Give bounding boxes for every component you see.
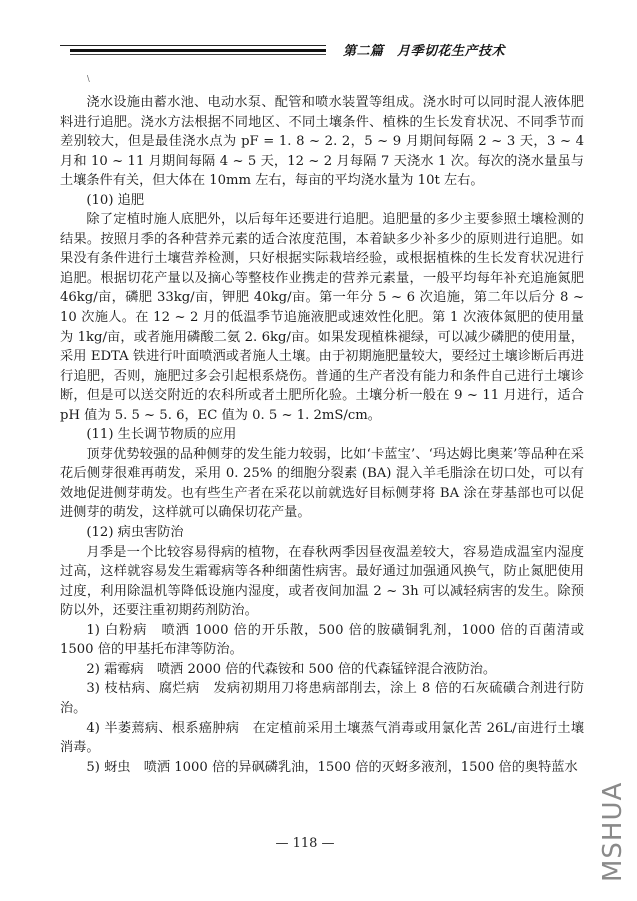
section-heading-growth-regulators: (11) 生长调节物质的应用 — [60, 425, 584, 445]
list-item-downy-mildew: 2) 霜霉病 喷洒 2000 倍的代森铵和 500 倍的代森锰锌混合液防治。 — [60, 660, 584, 680]
item-title: 4) 半萎蔫病、根系癌肿病 — [86, 721, 239, 736]
paragraph-watering: 浇水设施由蓄水池、电动水泵、配管和喷水装置等组成。浇水时可以同时混人液体肥料进行… — [60, 93, 584, 191]
header-rule-thick — [70, 49, 326, 52]
list-item-aphids: 5) 蚜虫 喷洒 1000 倍的异砜磷乳油，1500 倍的灭蚜多液剂，1500 … — [60, 758, 584, 778]
header-rule-thin-top — [60, 45, 326, 46]
item-title: 2) 霜霉病 — [86, 662, 143, 677]
paragraph-pest-control: 月季是一个比较容易得病的植物，在春秋两季因昼夜温差较大，容易造成温室内湿度过高，… — [60, 543, 584, 621]
item-title: 1) 白粉病 — [86, 623, 147, 638]
page-number: — 118 — — [0, 836, 610, 851]
section-heading-fertilizing: (10) 追肥 — [60, 191, 584, 211]
item-title: 3) 枝枯病、腐烂病 — [86, 681, 199, 696]
item-text: 喷洒 1000 倍的异砜磷乳油，1500 倍的灭蚜多液剂，1500 倍的奥特蓝水 — [144, 760, 578, 775]
paragraph-growth-regulators: 顶芽优势较强的品种侧芽的发生能力较弱，比如‘卡蓝宝’、‘玛达姆比奥莱’等品种在采… — [60, 445, 584, 523]
header-rule — [60, 45, 326, 57]
list-item-canker-rot: 3) 枝枯病、腐烂病 发病初期用刀将患病部削去，涂上 8 倍的石灰硫磺合剂进行防… — [60, 679, 584, 718]
stray-mark: \ — [87, 74, 90, 83]
body-text: 浇水设施由蓄水池、电动水泵、配管和喷水装置等组成。浇水时可以同时混人液体肥料进行… — [60, 93, 584, 777]
item-text: 喷洒 2000 倍的代森铵和 500 倍的代森锰锌混合液防治。 — [157, 662, 496, 677]
section-heading-pest-control: (12) 病虫害防治 — [60, 523, 584, 543]
header-rule-thin-bottom — [70, 54, 326, 55]
list-item-wilt-crown-gall: 4) 半萎蔫病、根系癌肿病 在定植前采用土壤蒸气消毒或用氯化苦 26L/亩进行土… — [60, 719, 584, 758]
watermark: MSHUA — [598, 782, 628, 882]
running-head: 第二篇 月季切花生产技术 — [343, 40, 505, 59]
paragraph-fertilizing: 除了定植时施人底肥外，以后每年还要进行追肥。追肥量的多少主要参照土壤检测的结果。… — [60, 210, 584, 425]
item-title: 5) 蚜虫 — [86, 760, 130, 775]
list-item-powdery-mildew: 1) 白粉病 喷洒 1000 倍的开乐散，500 倍的胺磺铜乳剂，1000 倍的… — [60, 621, 584, 660]
